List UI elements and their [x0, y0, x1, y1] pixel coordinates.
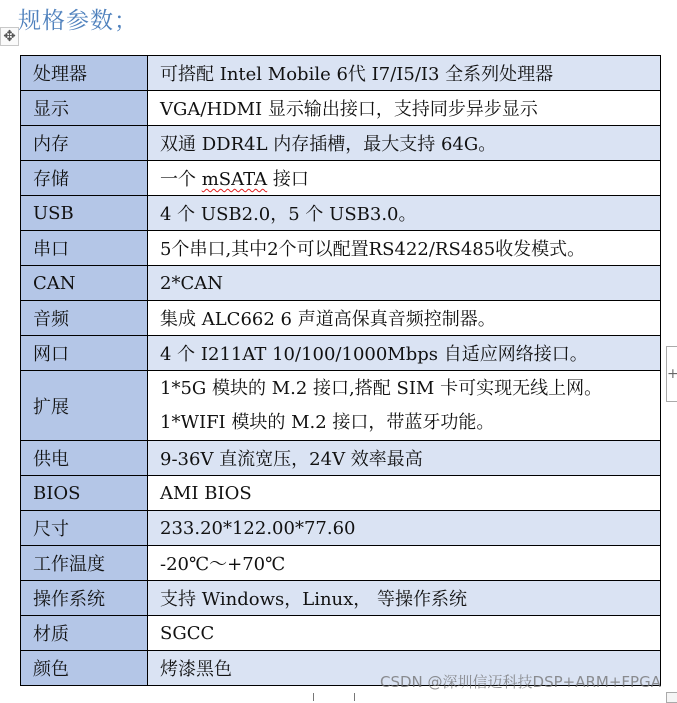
value-prefix: 一个 — [160, 169, 202, 190]
row-value: -20℃～+70℃ — [148, 546, 661, 581]
table-row: 扩展 1*5G 模块的 M.2 接口,搭配 SIM 卡可实现无线上网。 1*WI… — [21, 371, 661, 441]
row-key: USB — [21, 196, 148, 231]
row-key: BIOS — [21, 476, 148, 511]
table-row: 存储 一个 mSATA 接口 — [21, 161, 661, 196]
table-row: 音频 集成 ALC662 6 声道高保真音频控制器。 — [21, 301, 661, 336]
row-value: AMI BIOS — [148, 476, 661, 511]
row-value: 支持 Windows，Linux， 等操作系统 — [148, 581, 661, 616]
value-suffix: 接口 — [267, 169, 309, 190]
table-insert-handle[interactable] — [313, 693, 355, 701]
row-value: 可搭配 Intel Mobile 6代 I7/I5/I3 全系列处理器 — [148, 56, 661, 91]
table-row: 供电 9-36V 直流宽压，24V 效率最高 — [21, 441, 661, 476]
row-key: 网口 — [21, 336, 148, 371]
table-row: USB 4 个 USB2.0，5 个 USB3.0。 — [21, 196, 661, 231]
table-row: 工作温度 -20℃～+70℃ — [21, 546, 661, 581]
watermark: CSDN @深圳信迈科技DSP+ARM+FPGA — [380, 671, 661, 692]
spec-table: 处理器 可搭配 Intel Mobile 6代 I7/I5/I3 全系列处理器 … — [20, 55, 661, 686]
row-key: 音频 — [21, 301, 148, 336]
table-row: BIOS AMI BIOS — [21, 476, 661, 511]
row-key: 串口 — [21, 231, 148, 266]
row-key: 操作系统 — [21, 581, 148, 616]
table-row: 内存 双通 DDR4L 内存插槽，最大支持 64G。 — [21, 126, 661, 161]
value-line: 1*5G 模块的 M.2 接口,搭配 SIM 卡可实现无线上网。 — [160, 372, 660, 406]
row-key: 扩展 — [21, 371, 148, 441]
table-row: 尺寸 233.20*122.00*77.60 — [21, 511, 661, 546]
row-value: 1*5G 模块的 M.2 接口,搭配 SIM 卡可实现无线上网。 1*WIFI … — [148, 371, 661, 441]
row-key: 显示 — [21, 91, 148, 126]
table-row: 显示 VGA/HDMI 显示输出接口，支持同步异步显示 — [21, 91, 661, 126]
row-key: 颜色 — [21, 651, 148, 686]
row-value: SGCC — [148, 616, 661, 651]
table-move-handle-icon[interactable]: ✥ — [0, 27, 19, 46]
section-heading: 规格参数； — [18, 2, 138, 35]
row-value: 9-36V 直流宽压，24V 效率最高 — [148, 441, 661, 476]
row-key: CAN — [21, 266, 148, 301]
row-value: 一个 mSATA 接口 — [148, 161, 661, 196]
row-value: 集成 ALC662 6 声道高保真音频控制器。 — [148, 301, 661, 336]
row-value: 5个串口,其中2个可以配置RS422/RS485收发模式。 — [148, 231, 661, 266]
table-row: 处理器 可搭配 Intel Mobile 6代 I7/I5/I3 全系列处理器 — [21, 56, 661, 91]
table-row: CAN 2*CAN — [21, 266, 661, 301]
row-key: 存储 — [21, 161, 148, 196]
table-row: 操作系统 支持 Windows，Linux， 等操作系统 — [21, 581, 661, 616]
row-value: 233.20*122.00*77.60 — [148, 511, 661, 546]
row-key: 工作温度 — [21, 546, 148, 581]
insert-row-plus-icon[interactable]: + — [666, 346, 677, 402]
row-key: 处理器 — [21, 56, 148, 91]
row-value: 2*CAN — [148, 266, 661, 301]
table-row: 串口 5个串口,其中2个可以配置RS422/RS485收发模式。 — [21, 231, 661, 266]
row-value: 4 个 USB2.0，5 个 USB3.0。 — [148, 196, 661, 231]
row-value: 双通 DDR4L 内存插槽，最大支持 64G。 — [148, 126, 661, 161]
table-row: 材质 SGCC — [21, 616, 661, 651]
table-resize-handle-icon[interactable] — [666, 692, 677, 701]
value-line: 1*WIFI 模块的 M.2 接口，带蓝牙功能。 — [160, 406, 660, 440]
row-value: 4 个 I211AT 10/100/1000Mbps 自适应网络接口。 — [148, 336, 661, 371]
row-key: 供电 — [21, 441, 148, 476]
row-key: 尺寸 — [21, 511, 148, 546]
row-value: VGA/HDMI 显示输出接口，支持同步异步显示 — [148, 91, 661, 126]
row-key: 材质 — [21, 616, 148, 651]
row-key: 内存 — [21, 126, 148, 161]
table-row: 网口 4 个 I211AT 10/100/1000Mbps 自适应网络接口。 — [21, 336, 661, 371]
spellcheck-flagged-word[interactable]: mSATA — [202, 169, 267, 190]
